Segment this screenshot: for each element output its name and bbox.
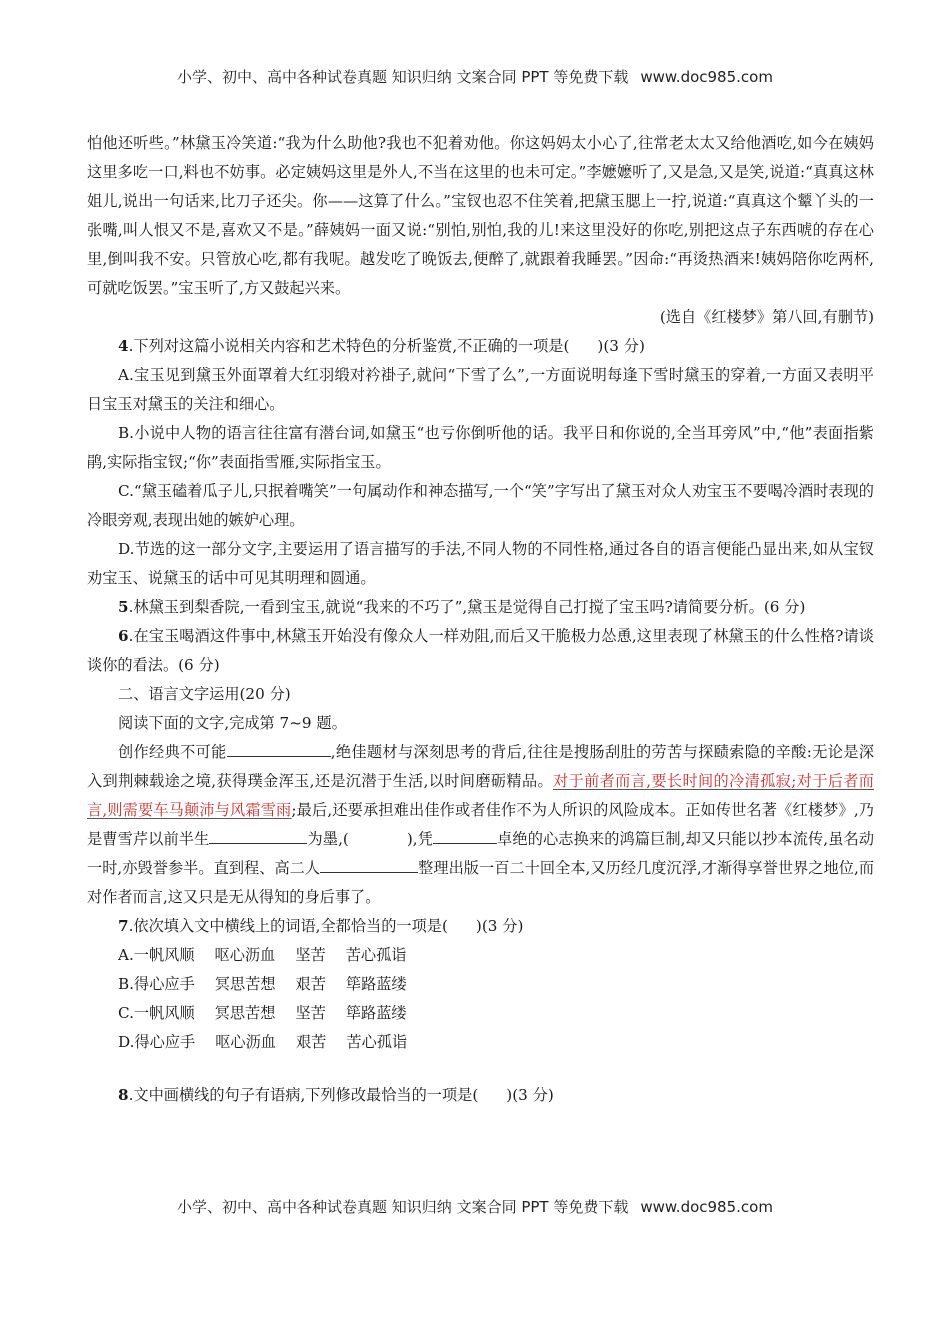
- section-2-heading: 二、语言文字运用(20 分): [87, 680, 874, 709]
- header-banner: 小学、初中、高中各种试卷真题 知识归纳 文案合同 PPT 等免费下载www.do…: [0, 66, 950, 87]
- question-number: 5: [118, 598, 129, 616]
- option-a: A.宝玉见到黛玉外面罩着大红羽缎对衿褂子,就问“下雪了么”,一方面说明每逢下雪时…: [87, 361, 874, 419]
- footer-banner-text: 小学、初中、高中各种试卷真题 知识归纳 文案合同 PPT 等免费下载: [177, 1198, 628, 1216]
- q7-option-d: D.得心应手 呕心沥血 艰苦 苦心孤诣: [87, 1028, 874, 1057]
- question-score: )(3 分): [476, 917, 523, 935]
- question-number: 4: [118, 337, 129, 355]
- question-score: )(3 分): [506, 1086, 553, 1104]
- header-banner-text: 小学、初中、高中各种试卷真题 知识归纳 文案合同 PPT 等免费下载: [177, 68, 628, 86]
- q7-option-c: C.一帆风顺 冥思苦想 坚苦 筚路蓝缕: [87, 999, 874, 1028]
- passage-source: (选自《红楼梦》第八回,有删节): [87, 303, 874, 332]
- q7-option-b: B.得心应手 冥思苦想 艰苦 筚路蓝缕: [87, 970, 874, 999]
- question-6: 6.在宝玉喝酒这件事中,林黛玉开始没有像众人一样劝阻,而后又干脆极力怂恿,这里表…: [87, 622, 874, 680]
- question-4: 4.下列对这篇小说相关内容和艺术特色的分析鉴赏,不正确的一项是()(3 分): [87, 332, 874, 361]
- q7-option-a: A.一帆风顺 呕心沥血 坚苦 苦心孤诣: [87, 941, 874, 970]
- footer-banner-url[interactable]: www.doc985.com: [640, 1198, 773, 1216]
- fill-blank-1[interactable]: [227, 738, 331, 757]
- fill-blank-2[interactable]: [209, 825, 307, 844]
- footer-banner: 小学、初中、高中各种试卷真题 知识归纳 文案合同 PPT 等免费下载www.do…: [0, 1196, 950, 1217]
- spacer: [87, 1057, 874, 1081]
- document-body: 怕他还听些。”林黛玉冷笑道:“我为什么助他?我也不犯着劝他。你这妈妈太小心了,往…: [87, 129, 874, 1110]
- question-8: 8.文中画横线的句子有语病,下列修改最恰当的一项是()(3 分): [87, 1081, 874, 1110]
- question-number: 8: [118, 1086, 129, 1104]
- header-banner-url[interactable]: www.doc985.com: [640, 68, 773, 86]
- question-5: 5.林黛玉到梨香院,一看到宝玉,就说“我来的不巧了”,黛玉是觉得自己打搅了宝玉吗…: [87, 593, 874, 622]
- question-number: 6: [118, 627, 129, 645]
- question-number: 7: [118, 917, 129, 935]
- passage-text: 怕他还听些。”林黛玉冷笑道:“我为什么助他?我也不犯着劝他。你这妈妈太小心了,往…: [87, 129, 874, 303]
- option-c: C.“黛玉磕着瓜子儿,只抿着嘴笑”一句属动作和神态描写,一个“笑”字写出了黛玉对…: [87, 477, 874, 535]
- section-2-instruction: 阅读下面的文字,完成第 7~9 题。: [87, 709, 874, 738]
- question-stem: .在宝玉喝酒这件事中,林黛玉开始没有像众人一样劝阻,而后又干脆极力怂恿,这里表现…: [87, 627, 874, 674]
- fill-blank-4[interactable]: [320, 854, 418, 873]
- question-7: 7.依次填入文中横线上的词语,全都恰当的一项是()(3 分): [87, 912, 874, 941]
- question-stem: .依次填入文中横线上的词语,全都恰当的一项是(: [129, 917, 448, 935]
- section-2-passage: 创作经典不可能,绝佳题材与深刻思考的背后,往往是搜肠刮肚的劳苦与探赜索隐的辛酸:…: [87, 738, 874, 912]
- question-stem: .下列对这篇小说相关内容和艺术特色的分析鉴赏,不正确的一项是(: [129, 337, 570, 355]
- fill-blank-3[interactable]: [433, 825, 497, 844]
- question-score: )(3 分): [597, 337, 644, 355]
- option-b: B.小说中人物的语言往往富有潜台词,如黛玉“也亏你倒听他的话。我平日和你说的,全…: [87, 419, 874, 477]
- question-stem: .林黛玉到梨香院,一看到宝玉,就说“我来的不巧了”,黛玉是觉得自己打搅了宝玉吗?…: [129, 598, 806, 616]
- question-stem: .文中画横线的句子有语病,下列修改最恰当的一项是(: [129, 1086, 479, 1104]
- option-d: D.节选的这一部分文字,主要运用了语言描写的手法,不同人物的不同性格,通过各自的…: [87, 535, 874, 593]
